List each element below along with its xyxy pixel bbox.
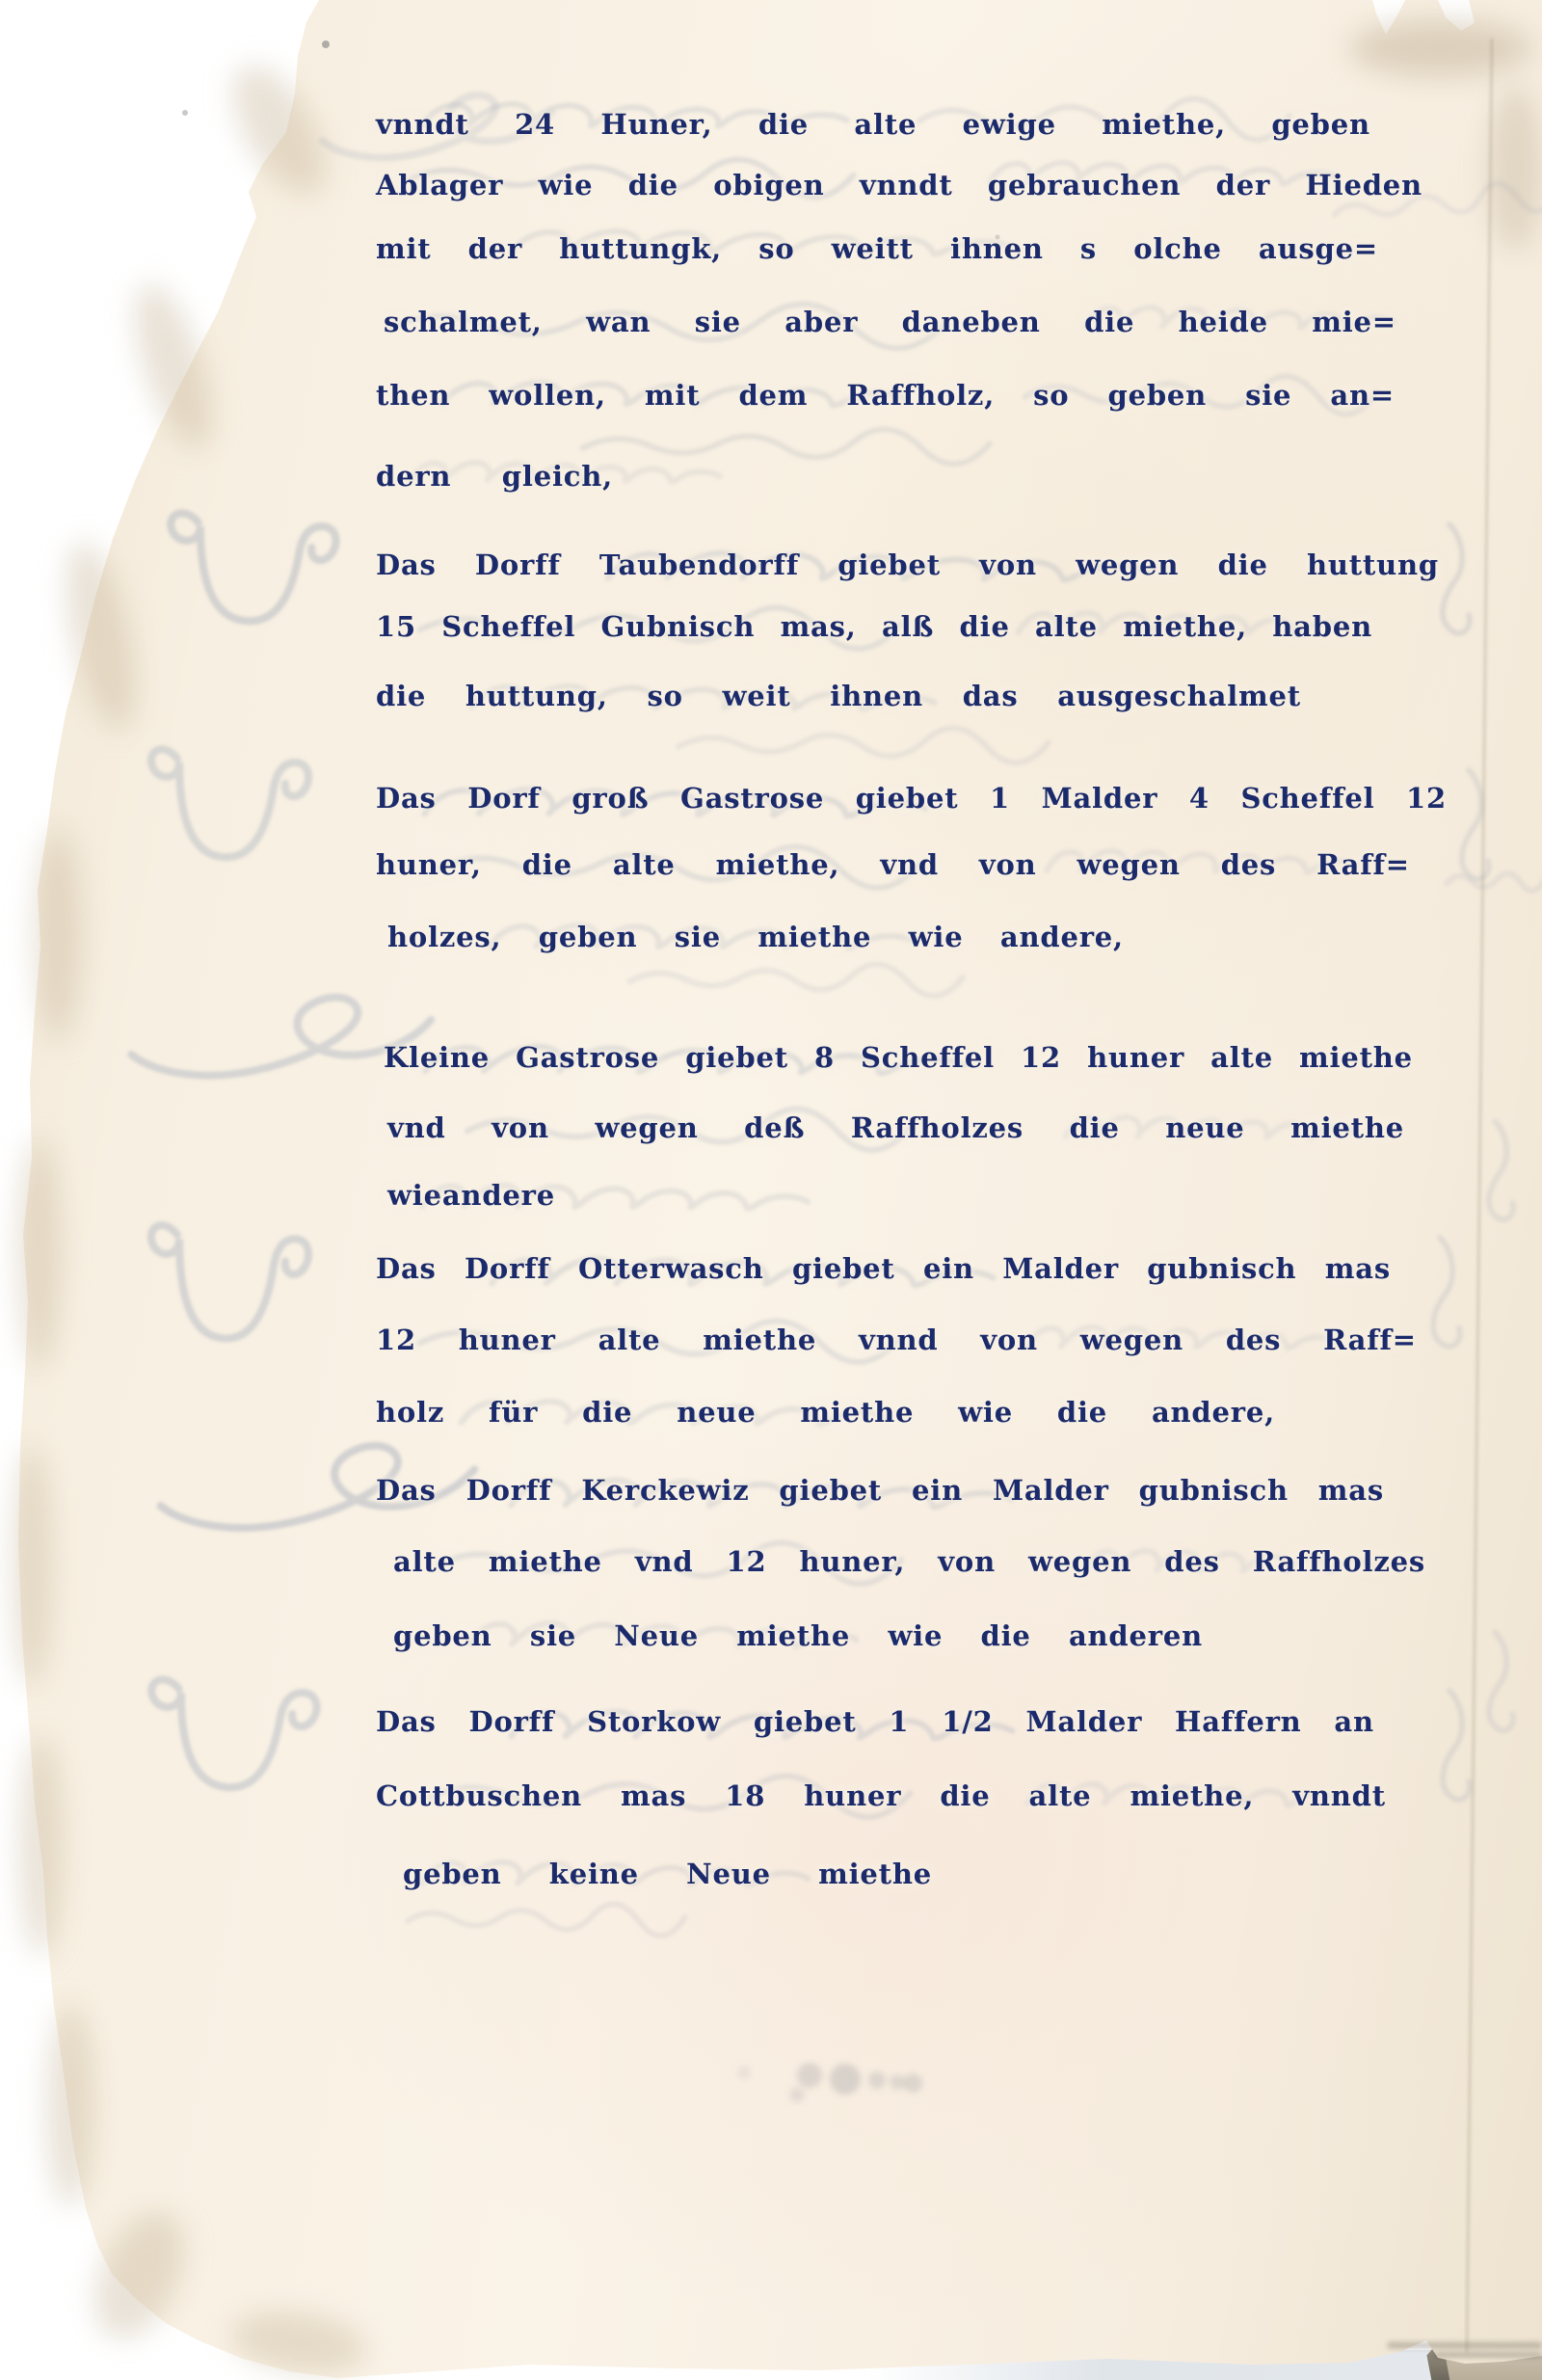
word: von bbox=[938, 1545, 996, 1578]
word: die bbox=[522, 848, 572, 881]
word: wegen bbox=[1077, 848, 1181, 881]
word: gebrauchen bbox=[988, 169, 1181, 201]
word: wie bbox=[958, 1396, 1013, 1429]
word: dern bbox=[376, 460, 451, 493]
word: geben bbox=[1108, 379, 1208, 412]
word: von bbox=[979, 548, 1037, 581]
word: Neue bbox=[686, 1858, 771, 1890]
word: vnd bbox=[880, 848, 939, 881]
text-line: DasDorffOtterwaschgiebeteinMaldergubnisc… bbox=[376, 1237, 1391, 1300]
word: so bbox=[1033, 379, 1069, 412]
word: Das bbox=[376, 1252, 437, 1285]
word: des bbox=[1226, 1324, 1281, 1356]
word: alte bbox=[393, 1545, 456, 1578]
word: neue bbox=[677, 1396, 756, 1429]
word: haben bbox=[1272, 610, 1372, 643]
word: 1/2 bbox=[942, 1705, 993, 1738]
word: von bbox=[979, 848, 1037, 881]
word: geben bbox=[393, 1619, 492, 1652]
word: Raffholzes bbox=[851, 1111, 1024, 1144]
transcription-text: vnndt24Huner,diealteewigemiethe,gebenAbl… bbox=[0, 0, 1542, 2380]
word: miethe bbox=[489, 1545, 602, 1578]
word: die bbox=[1084, 306, 1134, 338]
word: Das bbox=[376, 548, 437, 581]
word: Otterwasch bbox=[578, 1252, 764, 1285]
word: Malder bbox=[1002, 1252, 1119, 1285]
word: mit bbox=[645, 379, 701, 412]
word: 12 bbox=[1021, 1041, 1061, 1074]
word: s bbox=[1080, 232, 1097, 265]
word: holzes, bbox=[387, 921, 501, 953]
word: Kerckewiz bbox=[581, 1474, 749, 1507]
word: holz bbox=[376, 1396, 444, 1429]
word: geben bbox=[1271, 108, 1370, 141]
word: huner, bbox=[376, 848, 482, 881]
text-line: wieandere bbox=[387, 1163, 538, 1227]
word: ein bbox=[912, 1474, 963, 1507]
word: ewige bbox=[963, 108, 1056, 141]
word: wollen, bbox=[489, 379, 606, 412]
word: geben bbox=[403, 1858, 502, 1890]
word: wegen bbox=[1080, 1324, 1183, 1356]
word: mas bbox=[1318, 1474, 1384, 1507]
word: 4 bbox=[1189, 782, 1210, 815]
word: so bbox=[648, 680, 683, 712]
word: Raff= bbox=[1323, 1324, 1417, 1356]
word: neue bbox=[1165, 1111, 1244, 1144]
text-line: derngleich, bbox=[376, 444, 613, 508]
word: andere, bbox=[1000, 921, 1124, 953]
text-line: 12huneraltemiethevnndvonwegendesRaff= bbox=[376, 1308, 1417, 1372]
word: huttung bbox=[1307, 548, 1439, 581]
word: wie bbox=[387, 1179, 442, 1212]
word: heide bbox=[1179, 306, 1268, 338]
word: Das bbox=[376, 782, 437, 815]
word: then bbox=[376, 379, 450, 412]
word: 8 bbox=[814, 1041, 835, 1074]
word: sie bbox=[695, 306, 741, 338]
word: Raff= bbox=[1316, 848, 1410, 881]
word: anderen bbox=[1069, 1619, 1203, 1652]
word: Malder bbox=[1042, 782, 1158, 815]
word: ausgeschalmet bbox=[1057, 680, 1301, 712]
word: weit bbox=[723, 680, 791, 712]
word: wie bbox=[539, 169, 594, 201]
text-line: vndvonwegendeßRaffholzesdieneuemiethe bbox=[387, 1096, 1404, 1160]
word: daneben bbox=[902, 306, 1041, 338]
word: Neue bbox=[614, 1619, 699, 1652]
scanned-manuscript-page: vnndt24Huner,diealteewigemiethe,gebenAbl… bbox=[0, 0, 1542, 2380]
word: gubnisch bbox=[1139, 1474, 1289, 1507]
word: huner, bbox=[799, 1545, 905, 1578]
word: gleich, bbox=[502, 460, 613, 493]
word: miethe bbox=[1290, 1111, 1404, 1144]
word: miethe, bbox=[1130, 1779, 1254, 1812]
word: 24 bbox=[515, 108, 555, 141]
word: 18 bbox=[725, 1779, 765, 1812]
word: Gubnisch bbox=[601, 610, 756, 643]
word: andere, bbox=[1152, 1396, 1275, 1429]
word: Ablager bbox=[376, 169, 503, 201]
word: an bbox=[1334, 1705, 1373, 1738]
word: alte bbox=[598, 1324, 661, 1356]
word: Dorff bbox=[466, 1474, 552, 1507]
word: vnnd bbox=[859, 1324, 939, 1356]
word: alte bbox=[1029, 1779, 1092, 1812]
word: obigen bbox=[713, 169, 824, 201]
word: vnd bbox=[387, 1111, 446, 1144]
text-line: gebensieNeuemiethewiedieanderen bbox=[393, 1604, 1203, 1668]
text-line: thenwollen,mitdemRaffholz,sogebensiean= bbox=[376, 363, 1395, 427]
word: die bbox=[376, 680, 426, 712]
text-line: diehuttung,soweitihnendasausgeschalmet bbox=[376, 664, 1301, 728]
word: die bbox=[1218, 548, 1268, 581]
word: Raffholz, bbox=[846, 379, 995, 412]
word: 12 bbox=[1406, 782, 1447, 815]
word: 12 bbox=[726, 1545, 766, 1578]
word: huttung, bbox=[465, 680, 608, 712]
word: weitt bbox=[832, 232, 914, 265]
word: Malder bbox=[1025, 1705, 1142, 1738]
word: miethe, bbox=[1102, 108, 1226, 141]
word: Cottbuschen bbox=[376, 1779, 582, 1812]
word: mit bbox=[376, 232, 432, 265]
word: des bbox=[1164, 1545, 1219, 1578]
word: huner bbox=[459, 1324, 556, 1356]
word: ihnen bbox=[830, 680, 923, 712]
word: miethe bbox=[1299, 1041, 1413, 1074]
word: die bbox=[1057, 1396, 1107, 1429]
word: die bbox=[981, 1619, 1031, 1652]
word: wie bbox=[888, 1619, 943, 1652]
word: wegen bbox=[1076, 548, 1179, 581]
word: mas bbox=[621, 1779, 686, 1812]
word: alte bbox=[1035, 610, 1098, 643]
text-line: DasDorffKerckewizgiebeteinMaldergubnisch… bbox=[376, 1458, 1384, 1522]
word: Das bbox=[376, 1474, 437, 1507]
word: an= bbox=[1330, 379, 1395, 412]
word: Haffern bbox=[1175, 1705, 1302, 1738]
word: Scheffel bbox=[861, 1041, 995, 1074]
text-line: AblagerwiedieobigenvnndtgebrauchenderHie… bbox=[376, 153, 1422, 217]
word: des bbox=[1221, 848, 1276, 881]
word: 1 bbox=[990, 782, 1010, 815]
word: der bbox=[1216, 169, 1270, 201]
word: alß bbox=[882, 610, 934, 643]
word: miethe, bbox=[716, 848, 840, 881]
word: schalmet, bbox=[384, 306, 543, 338]
word: 15 bbox=[376, 610, 416, 643]
word: giebet bbox=[685, 1041, 788, 1074]
word: miethe bbox=[703, 1324, 816, 1356]
word: Taubendorff bbox=[599, 548, 799, 581]
word: die bbox=[960, 610, 1010, 643]
word: ein bbox=[923, 1252, 974, 1285]
word: die bbox=[628, 169, 678, 201]
word: der bbox=[468, 232, 522, 265]
word: andere bbox=[442, 1179, 555, 1212]
word: wegen bbox=[1028, 1545, 1131, 1578]
word: Huner, bbox=[600, 108, 712, 141]
word: ausge= bbox=[1259, 232, 1378, 265]
word: alte bbox=[613, 848, 676, 881]
word: mas bbox=[1325, 1252, 1391, 1285]
word: gubnisch bbox=[1147, 1252, 1296, 1285]
word: giebet bbox=[837, 548, 941, 581]
text-line: huner,diealtemiethe,vndvonwegendesRaff= bbox=[376, 833, 1410, 896]
text-line: holzes,gebensiemiethewieandere, bbox=[387, 905, 1124, 969]
word: dem bbox=[738, 379, 808, 412]
word: giebet bbox=[792, 1252, 895, 1285]
word: Scheffel bbox=[1240, 782, 1374, 815]
word: die bbox=[582, 1396, 632, 1429]
text-line: holzfürdieneuemiethewiedieandere, bbox=[376, 1380, 1275, 1444]
word: giebet bbox=[754, 1705, 857, 1738]
text-line: gebenkeineNeuemiethe bbox=[403, 1842, 932, 1906]
word: huner bbox=[804, 1779, 901, 1812]
word: 12 bbox=[376, 1324, 416, 1356]
word: alte bbox=[1210, 1041, 1273, 1074]
word: aber bbox=[784, 306, 858, 338]
word: Scheffel bbox=[441, 610, 575, 643]
text-line: 15ScheffelGubnischmas,alßdiealtemiethe,h… bbox=[376, 595, 1372, 658]
word: vnndt bbox=[1292, 1779, 1386, 1812]
word: groß bbox=[572, 782, 649, 815]
word: mas, bbox=[781, 610, 857, 643]
word: die bbox=[940, 1779, 990, 1812]
word: giebet bbox=[856, 782, 959, 815]
word: von bbox=[980, 1324, 1038, 1356]
word: Gastrose bbox=[680, 782, 824, 815]
word: geben bbox=[539, 921, 638, 953]
word: vnndt bbox=[376, 108, 469, 141]
word: alte bbox=[854, 108, 917, 141]
word: huner bbox=[1087, 1041, 1184, 1074]
word: von bbox=[492, 1111, 549, 1144]
word: 1 bbox=[889, 1705, 909, 1738]
text-line: vnndt24Huner,diealteewigemiethe,geben bbox=[376, 93, 1370, 156]
word: Dorff bbox=[475, 548, 561, 581]
text-line: mitderhuttungk,soweittihnensolcheausge= bbox=[376, 217, 1378, 281]
word: für bbox=[489, 1396, 538, 1429]
word: sie bbox=[675, 921, 721, 953]
word: Storkow bbox=[587, 1705, 721, 1738]
text-line: DasDorffTaubendorffgiebetvonwegendiehutt… bbox=[376, 533, 1439, 597]
text-line: altemiethevnd12huner,vonwegendesRaffholz… bbox=[393, 1530, 1425, 1593]
word: Das bbox=[376, 1705, 437, 1738]
word: ihnen bbox=[950, 232, 1044, 265]
word: giebet bbox=[779, 1474, 882, 1507]
word: so bbox=[758, 232, 794, 265]
text-line: Cottbuschenmas18hunerdiealtemiethe,vnndt bbox=[376, 1764, 1386, 1828]
word: deß bbox=[744, 1111, 805, 1144]
word: die bbox=[1070, 1111, 1120, 1144]
word: Kleine bbox=[384, 1041, 490, 1074]
word: miethe, bbox=[1123, 610, 1247, 643]
word: die bbox=[758, 108, 809, 141]
word: miethe bbox=[736, 1619, 850, 1652]
word: das bbox=[963, 680, 1019, 712]
word: Gastrose bbox=[516, 1041, 659, 1074]
word: Malder bbox=[993, 1474, 1109, 1507]
word: vnd bbox=[635, 1545, 694, 1578]
word: sie bbox=[1245, 379, 1291, 412]
word: miethe bbox=[758, 921, 871, 953]
word: mie= bbox=[1312, 306, 1396, 338]
word: Dorff bbox=[465, 1252, 550, 1285]
word: huttungk, bbox=[559, 232, 722, 265]
word: keine bbox=[549, 1858, 639, 1890]
word: vnndt bbox=[860, 169, 953, 201]
word: olche bbox=[1133, 232, 1222, 265]
word: Dorf bbox=[467, 782, 540, 815]
word: Dorff bbox=[469, 1705, 555, 1738]
text-line: schalmet,wansieaberdanebendieheidemie= bbox=[384, 290, 1396, 354]
word: wie bbox=[909, 921, 964, 953]
word: Hieden bbox=[1305, 169, 1422, 201]
text-line: DasDorffStorkowgiebet11/2MalderHaffernan bbox=[376, 1690, 1374, 1753]
word: wan bbox=[586, 306, 651, 338]
text-line: KleineGastrosegiebet8Scheffel12huneralte… bbox=[384, 1026, 1413, 1089]
word: miethe bbox=[818, 1858, 932, 1890]
word: Raffholzes bbox=[1253, 1545, 1425, 1578]
word: miethe bbox=[800, 1396, 914, 1429]
word: wegen bbox=[595, 1111, 698, 1144]
word: sie bbox=[530, 1619, 576, 1652]
text-line: DasDorfgroßGastrosegiebet1Malder4Scheffe… bbox=[376, 766, 1447, 830]
